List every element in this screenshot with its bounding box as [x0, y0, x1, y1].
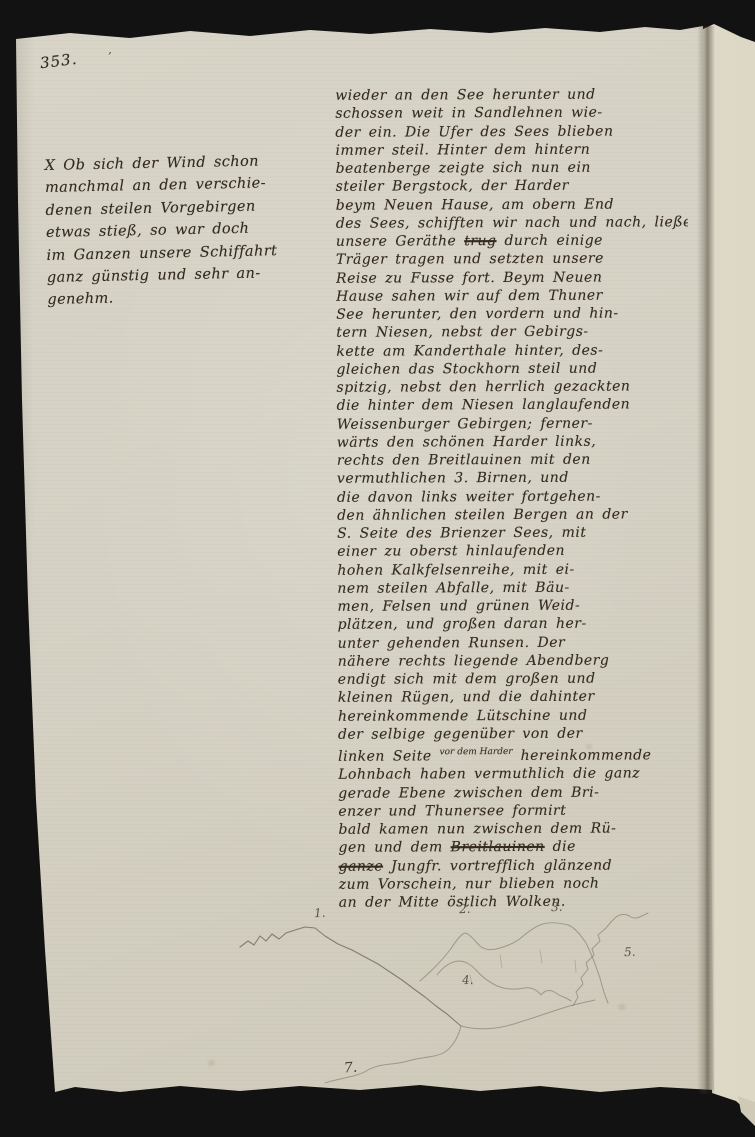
text-line: den ähnlichen steilen Bergen an der: [337, 505, 689, 525]
text-line: Reise zu Fusse fort. Beym Neuen: [336, 268, 688, 288]
manuscript-page: 353. ’ X Ob sich der Wind schonmanchmal …: [0, 0, 755, 1137]
text-line: der selbige gegenüber von der: [338, 724, 690, 744]
text-line: tern Niesen, nebst der Gebirgs-: [336, 322, 688, 342]
text-line: beym Neuen Hause, am obern End: [336, 195, 688, 215]
sketch-label: 2.: [459, 902, 471, 917]
text-line: genehm.: [47, 283, 332, 311]
text-line: Hause sahen wir auf dem Thuner: [336, 286, 688, 306]
text-line: wieder an den See herunter und: [335, 85, 687, 105]
text-line: men, Felsen und grünen Weid-: [337, 596, 689, 616]
text-line: der ein. Die Ufer des Sees blieben: [335, 122, 687, 142]
text-line: S. Seite des Brienzer Sees, mit: [337, 523, 689, 543]
sketch-label: 3.: [551, 900, 563, 915]
text-line: plätzen, und großen daran her-: [338, 614, 690, 634]
text-line: endigt sich mit dem großen und: [338, 669, 690, 689]
text-line: wärts den schönen Harder links,: [337, 432, 689, 452]
text-line: die hinter dem Niesen langlaufenden: [337, 395, 689, 415]
sheet-number: 7.: [343, 1060, 357, 1077]
text-line: hohen Kalkfelsenreihe, mit ei-: [337, 560, 689, 580]
text-line: hereinkommende Lütschine und: [338, 706, 690, 726]
text-line: Weissenburger Gebirgen; ferner-: [337, 414, 689, 434]
text-line: gerade Ebene zwischen dem Bri-: [338, 783, 690, 803]
text-line: Lohnbach haben vermuthlich die ganz: [338, 764, 690, 784]
text-line: See herunter, den vordern und hin-: [336, 304, 688, 324]
text-line: zum Vorschein, nur blieben noch: [339, 874, 691, 894]
text-line: unter gehenden Runsen. Der: [338, 633, 690, 653]
text-line: bald kamen nun zwischen dem Rü-: [338, 819, 690, 839]
sketch-label: 1.: [314, 906, 326, 921]
text-line: kette am Kanderthale hinter, des-: [336, 341, 688, 361]
text-line: kleinen Rügen, und die dahinter: [338, 687, 690, 707]
text-line: immer steil. Hinter dem hintern: [335, 140, 687, 160]
text-line: an der Mitte östlich Wolken.: [339, 892, 691, 912]
text-line: steiler Bergstock, der Harder: [336, 176, 688, 196]
scan-background: 353. ’ X Ob sich der Wind schonmanchmal …: [0, 0, 755, 1137]
text-line: nähere rechts liegende Abendberg: [338, 651, 690, 671]
main-text-block: wieder an den See herunter undschossen w…: [335, 85, 691, 913]
text-line: nem steilen Abfalle, mit Bäu-: [337, 578, 689, 598]
text-line: gen und dem Breitlauinen die: [338, 837, 690, 857]
text-line: ganze Jungfr. vortrefflich glänzend: [339, 856, 691, 876]
fox-spot: [208, 1060, 215, 1066]
text-line: vermuthlichen 3. Birnen, und: [337, 468, 689, 488]
sketch-label: 4.: [462, 973, 474, 988]
text-line: schossen weit in Sandlehnen wie-: [335, 103, 687, 123]
margin-note: X Ob sich der Wind schonmanchmal an den …: [44, 149, 332, 312]
text-line: Träger tragen und setzten unsere: [336, 249, 688, 269]
text-line: enzer und Thunersee formirt: [338, 801, 690, 821]
text-line: des Sees, schifften wir nach und nach, l…: [336, 213, 688, 233]
fox-spot: [618, 1004, 626, 1010]
text-line: linken Seite vor dem Harder hereinkommen…: [338, 742, 690, 766]
page-number: 353.: [39, 50, 78, 72]
ink-tick: ’: [108, 50, 112, 63]
text-line: beatenberge zeigte sich nun ein: [336, 158, 688, 178]
text-line: rechts den Breitlauinen mit den: [337, 450, 689, 470]
text-line: die davon links weiter fortgehen-: [337, 487, 689, 507]
text-line: spitzig, nebst den herrlich gezackten: [336, 377, 688, 397]
sketch-label: 5.: [624, 945, 636, 960]
text-line: einer zu oberst hinlaufenden: [337, 541, 689, 561]
text-line: unsere Geräthe trug durch einige: [336, 231, 688, 251]
text-line: gleichen das Stockhorn steil und: [336, 359, 688, 379]
